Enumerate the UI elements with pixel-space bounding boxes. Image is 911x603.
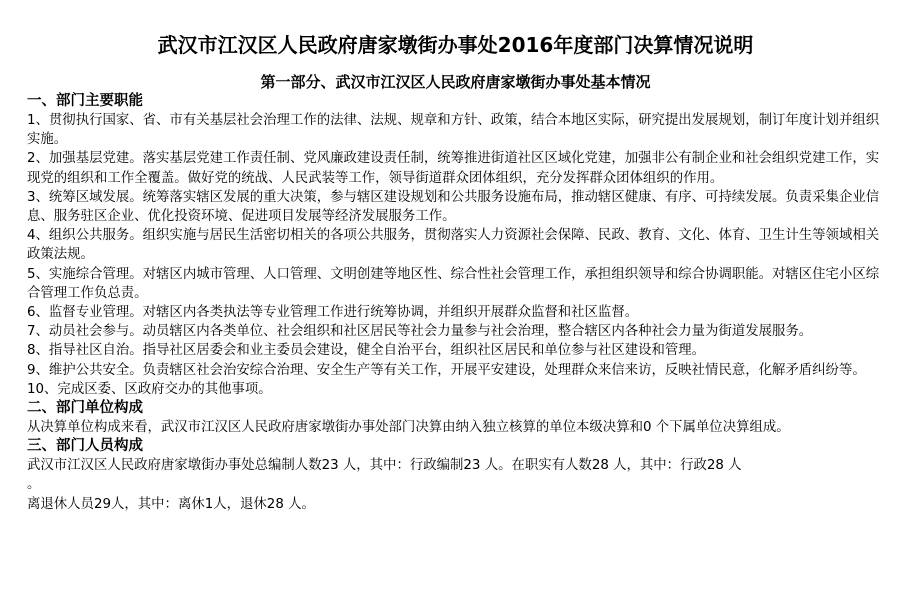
- part-one-subtitle: 第一部分、武汉市江汉区人民政府唐家墩街办事处基本情况: [0, 71, 911, 92]
- function-item-6: 6、监督专业管理。对辖区内各类执法等专业管理工作进行统筹协调，并组织开展群众监督…: [27, 303, 889, 322]
- units-paragraph: 从决算单位构成来看，武汉市江汉区人民政府唐家墩街办事处部门决算由纳入独立核算的单…: [27, 418, 889, 437]
- retired-paragraph: 离退休人员29人，其中：离休1人，退休28 人。: [27, 495, 889, 514]
- function-item-2: 2、加强基层党建。落实基层党建工作责任制、党风廉政建设责任制，统筹推进街道社区区…: [27, 149, 889, 187]
- staff-paragraph: 武汉市江汉区人民政府唐家墩街办事处总编制人数23 人，其中：行政编制23 人。在…: [27, 456, 889, 475]
- function-item-1: 1、贯彻执行国家、省、市有关基层社会治理工作的法律、法规、规章和方针、政策，结合…: [27, 111, 889, 149]
- function-item-5: 5、实施综合管理。对辖区内城市管理、人口管理、文明创建等地区性、综合性社会管理工…: [27, 265, 889, 303]
- function-item-8: 8、指导社区自治。指导社区居委会和业主委员会建设，健全自治平台，组织社区居民和单…: [27, 341, 889, 360]
- function-item-4: 4、组织公共服务。组织实施与居民生活密切相关的各项公共服务，贯彻落实人力资源社会…: [27, 226, 889, 264]
- section-heading-units: 二、部门单位构成: [27, 399, 889, 418]
- function-item-3: 3、统筹区域发展。统筹落实辖区发展的重大决策，参与辖区建设规划和公共服务设施布局…: [27, 188, 889, 226]
- function-item-9: 9、维护公共安全。负责辖区社会治安综合治理、安全生产等有关工作，开展平安建设，处…: [27, 361, 889, 380]
- document-title: 武汉市江汉区人民政府唐家墩街办事处2016年度部门决算情况说明: [0, 29, 911, 58]
- document-body: 一、部门主要职能 1、贯彻执行国家、省、市有关基层社会治理工作的法律、法规、规章…: [27, 92, 889, 514]
- section-heading-staff: 三、部门人员构成: [27, 437, 889, 456]
- function-item-10: 10、完成区委、区政府交办的其他事项。: [27, 380, 889, 399]
- function-item-7: 7、动员社会参与。动员辖区内各类单位、社会组织和社区居民等社会力量参与社会治理，…: [27, 322, 889, 341]
- section-heading-functions: 一、部门主要职能: [27, 92, 889, 111]
- staff-paragraph-period: 。: [27, 475, 889, 494]
